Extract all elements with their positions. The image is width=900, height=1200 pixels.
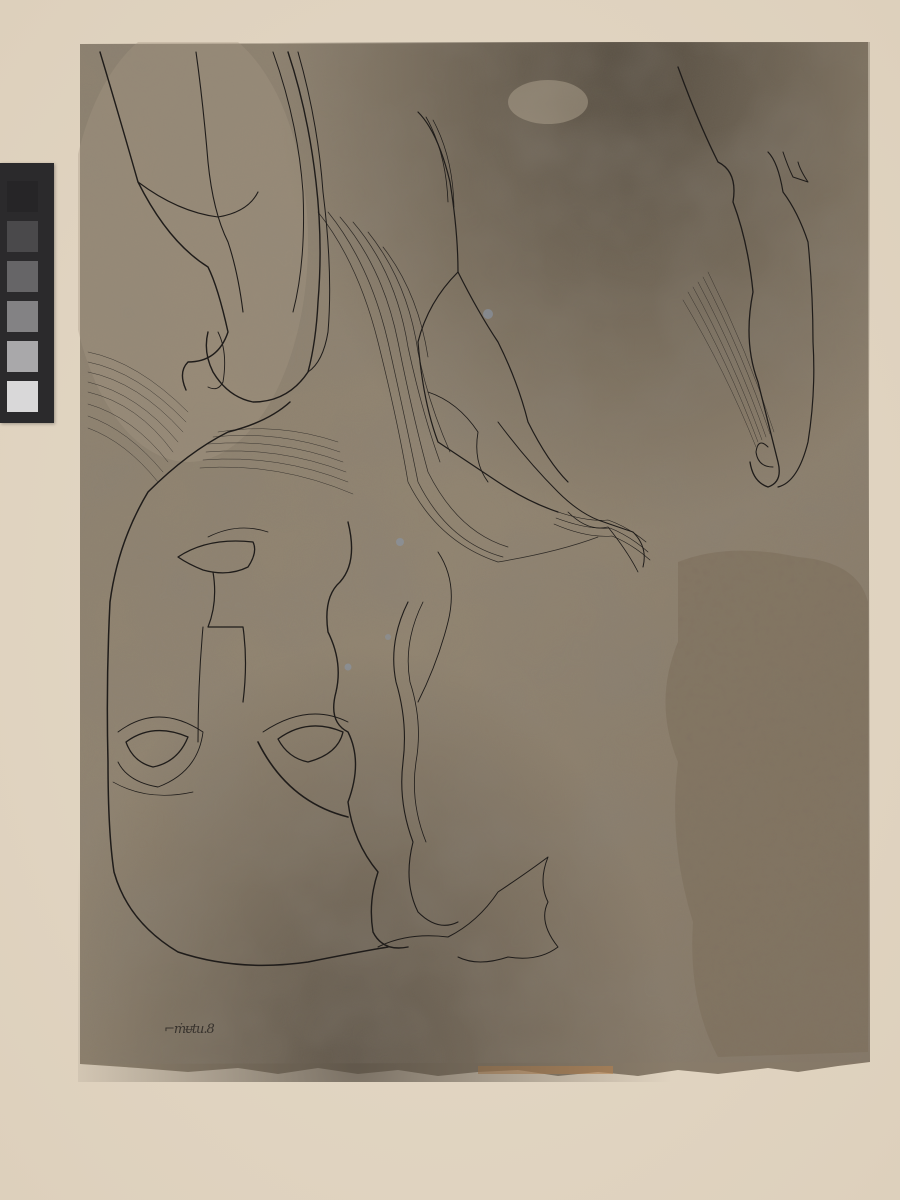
swatch-4 (7, 301, 38, 332)
gray-scale-calibration-strip (0, 163, 54, 423)
artist-signature: ⌐ṁᵾtu.8 (164, 1022, 214, 1037)
swatch-6 (7, 381, 38, 412)
artwork-paper (78, 42, 870, 1082)
swatch-2 (7, 221, 38, 252)
swatch-3 (7, 261, 38, 292)
swatch-1 (7, 181, 38, 212)
swatch-5 (7, 341, 38, 372)
